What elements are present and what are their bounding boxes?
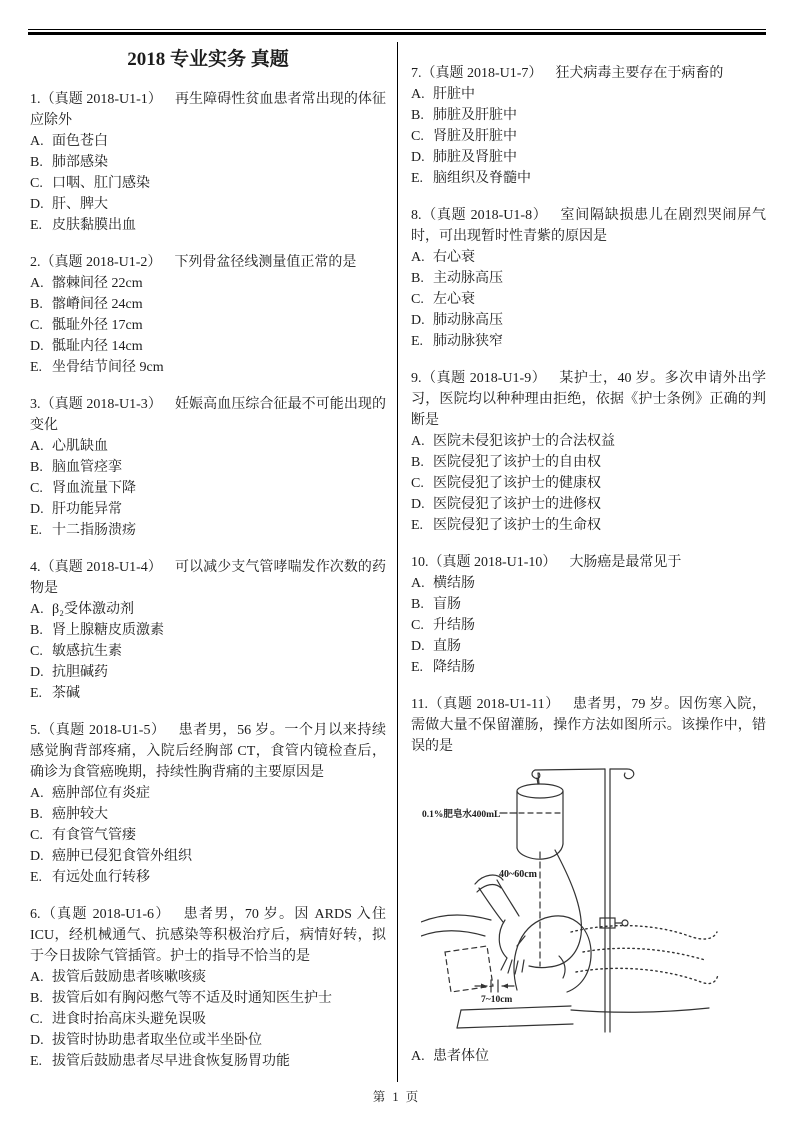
option-letter: D.: [30, 1030, 52, 1051]
option-letter: A.: [30, 783, 52, 804]
question-id: 7.（真题 2018-U1-7）: [411, 66, 542, 81]
option-row: E.十二指肠溃疡: [30, 520, 386, 541]
option-text: 癌肿部位有炎症: [52, 783, 386, 804]
option-letter: A.: [411, 1046, 433, 1067]
option-letter: E.: [411, 657, 433, 678]
option-letter: C.: [30, 478, 52, 499]
option-text: 皮肤黏膜出血: [52, 215, 386, 236]
height-annotation: 40~60cm: [499, 869, 538, 880]
option-letter: C.: [30, 173, 52, 194]
option-row: C.骶耻外径 17cm: [30, 315, 386, 336]
question-block: 3.（真题 2018-U1-3）妊娠高血压综合征最不可能出现的变化 A.心肌缺血…: [30, 394, 386, 541]
option-row: B.盲肠: [411, 594, 766, 615]
option-text: 口咽、肛门感染: [52, 173, 386, 194]
option-text: 升结肠: [433, 615, 766, 636]
option-row: D.肺动脉高压: [411, 310, 766, 331]
option-text: 拔管后鼓励患者咳嗽咳痰: [52, 967, 386, 988]
question-block: 4.（真题 2018-U1-4）可以减少支气管哮喘发作次数的药物是 A.β₂受体…: [30, 557, 386, 704]
option-row: A.癌肿部位有炎症: [30, 783, 386, 804]
option-letter: E.: [30, 683, 52, 704]
option-list: A.医院未侵犯该护士的合法权益B.医院侵犯了该护士的自由权C.医院侵犯了该护士的…: [411, 431, 766, 536]
option-row: E.皮肤黏膜出血: [30, 215, 386, 236]
option-letter: B.: [411, 594, 433, 615]
option-text: 主动脉高压: [433, 268, 766, 289]
option-list: A.患者体位: [411, 1046, 766, 1067]
question-stem: 下列骨盆径线测量值正常的是: [174, 255, 356, 270]
option-list: A.β₂受体激动剂B.肾上腺糖皮质激素C.敏感抗生素D.抗胆碱药E.茶碱: [30, 599, 386, 704]
option-letter: D.: [411, 636, 433, 657]
option-row: E.降结肠: [411, 657, 766, 678]
option-row: E.坐骨结节间径 9cm: [30, 357, 386, 378]
option-text: 癌肿较大: [52, 804, 386, 825]
option-letter: B.: [411, 452, 433, 473]
option-text: 左心衰: [433, 289, 766, 310]
option-text: 拔管后鼓励患者尽早进食恢复肠胃功能: [52, 1051, 386, 1072]
question-text: 10.（真题 2018-U1-10）大肠癌是最常见于: [411, 552, 766, 573]
patient-outline-icon: [421, 915, 718, 992]
question-text: 8.（真题 2018-U1-8）室间隔缺损患儿在剧烈哭闹屏气时，可出现暂时性青紫…: [411, 205, 766, 247]
question-id: 1.（真题 2018-U1-1）: [30, 92, 162, 107]
option-letter: D.: [30, 846, 52, 867]
option-text: 髂棘间径 22cm: [52, 273, 386, 294]
option-text: 抗胆碱药: [52, 662, 386, 683]
option-letter: E.: [30, 1051, 52, 1072]
option-letter: E.: [411, 168, 433, 189]
option-letter: B.: [30, 152, 52, 173]
option-text: 坐骨结节间径 9cm: [52, 357, 386, 378]
option-text: 癌肿已侵犯食管外组织: [52, 846, 386, 867]
question-text: 9.（真题 2018-U1-9）某护士，40 岁。多次申请外出学习，医院均以种种…: [411, 368, 766, 431]
option-row: C.左心衰: [411, 289, 766, 310]
option-letter: A.: [30, 967, 52, 988]
question-id: 2.（真题 2018-U1-2）: [30, 255, 161, 270]
option-row: B.肺脏及肝脏中: [411, 105, 766, 126]
option-row: E.医院侵犯了该护士的生命权: [411, 515, 766, 536]
question-id: 5.（真题 2018-U1-5）: [30, 723, 166, 738]
option-letter: E.: [30, 215, 52, 236]
option-letter: A.: [411, 573, 433, 594]
option-text: 右心衰: [433, 247, 766, 268]
option-letter: B.: [30, 294, 52, 315]
option-letter: D.: [411, 310, 433, 331]
option-list: A.肝脏中B.肺脏及肝脏中C.肾脏及肝脏中D.肺脏及肾脏中E.脑组织及脊髓中: [411, 84, 766, 189]
question-id: 9.（真题 2018-U1-9）: [411, 371, 546, 386]
option-text: 盲肠: [433, 594, 766, 615]
option-row: A.髂棘间径 22cm: [30, 273, 386, 294]
option-text: 医院侵犯了该护士的健康权: [433, 473, 766, 494]
option-text: 面色苍白: [52, 131, 386, 152]
option-letter: C.: [411, 289, 433, 310]
option-text: 肾血流量下降: [52, 478, 386, 499]
option-text: 医院侵犯了该护士的自由权: [433, 452, 766, 473]
option-letter: C.: [30, 1009, 52, 1030]
right-column: 7.（真题 2018-U1-7）狂犬病毒主要存在于病畜的 A.肝脏中B.肺脏及肝…: [411, 42, 766, 1083]
option-row: B.主动脉高压: [411, 268, 766, 289]
question-id: 4.（真题 2018-U1-4）: [30, 560, 162, 575]
option-letter: B.: [411, 268, 433, 289]
option-text: 进食时抬高床头避免误吸: [52, 1009, 386, 1030]
option-letter: D.: [30, 662, 52, 683]
option-letter: E.: [30, 357, 52, 378]
option-text: 拔管时协助患者取坐位或半坐卧位: [52, 1030, 386, 1051]
option-row: B.拔管后如有胸闷憋气等不适及时通知医生护士: [30, 988, 386, 1009]
option-letter: A.: [411, 247, 433, 268]
option-row: B.髂嵴间径 24cm: [30, 294, 386, 315]
option-list: A.癌肿部位有炎症B.癌肿较大C.有食管气管瘘D.癌肿已侵犯食管外组织E.有远处…: [30, 783, 386, 888]
option-list: A.拔管后鼓励患者咳嗽咳痰B.拔管后如有胸闷憋气等不适及时通知医生护士C.进食时…: [30, 967, 386, 1072]
option-row: C.口咽、肛门感染: [30, 173, 386, 194]
option-text: 肺部感染: [52, 152, 386, 173]
option-text: 患者体位: [433, 1046, 766, 1067]
question-block: 6.（真题 2018-U1-6）患者男，70 岁。因 ARDS 入住 ICU，经…: [30, 904, 386, 1072]
option-row: E.肺动脉狭窄: [411, 331, 766, 352]
option-row: D.直肠: [411, 636, 766, 657]
option-letter: D.: [30, 336, 52, 357]
question-block: 9.（真题 2018-U1-9）某护士，40 岁。多次申请外出学习，医院均以种种…: [411, 368, 766, 536]
option-text: 肝、脾大: [52, 194, 386, 215]
option-row: D.肺脏及肾脏中: [411, 147, 766, 168]
option-letter: D.: [30, 499, 52, 520]
option-row: D.抗胆碱药: [30, 662, 386, 683]
question-text: 5.（真题 2018-U1-5）患者男，56 岁。一个月以来持续感觉胸背部疼痛，…: [30, 720, 386, 783]
question-text: 4.（真题 2018-U1-4）可以减少支气管哮喘发作次数的药物是: [30, 557, 386, 599]
option-row: B.医院侵犯了该护士的自由权: [411, 452, 766, 473]
option-letter: E.: [411, 331, 433, 352]
option-text: 敏感抗生素: [52, 641, 386, 662]
option-text: 有食管气管瘘: [52, 825, 386, 846]
option-letter: A.: [30, 436, 52, 457]
option-text: 肺脏及肝脏中: [433, 105, 766, 126]
question-block: 11.（真题 2018-U1-11）患者男，79 岁。因伤寒入院，需做大量不保留…: [411, 694, 766, 1067]
option-text: 脑血管痉挛: [52, 457, 386, 478]
option-row: D.骶耻内径 14cm: [30, 336, 386, 357]
option-text: 骶耻外径 17cm: [52, 315, 386, 336]
option-row: A.心肌缺血: [30, 436, 386, 457]
header-rule: [28, 29, 766, 35]
solution-volume-label: 0.1%肥皂水400mL: [422, 808, 500, 820]
option-letter: A.: [30, 131, 52, 152]
option-list: A.面色苍白B.肺部感染C.口咽、肛门感染D.肝、脾大E.皮肤黏膜出血: [30, 131, 386, 236]
question-stem: 大肠癌是最常见于: [569, 555, 681, 570]
option-text: 有远处血行转移: [52, 867, 386, 888]
insertion-depth-annotation: 7~10cm: [481, 995, 512, 1005]
option-row: C.有食管气管瘘: [30, 825, 386, 846]
option-text: 肾脏及肝脏中: [433, 126, 766, 147]
questions-left: 1.（真题 2018-U1-1）再生障碍性贫血患者常出现的体征应除外 A.面色苍…: [30, 89, 386, 1072]
option-list: A.右心衰B.主动脉高压C.左心衰D.肺动脉高压E.肺动脉狭窄: [411, 247, 766, 352]
option-row: A.患者体位: [411, 1046, 766, 1067]
option-letter: A.: [30, 599, 52, 620]
option-text: 医院侵犯了该护士的进修权: [433, 494, 766, 515]
option-row: E.有远处血行转移: [30, 867, 386, 888]
question-id: 6.（真题 2018-U1-6）: [30, 907, 171, 922]
question-text: 1.（真题 2018-U1-1）再生障碍性贫血患者常出现的体征应除外: [30, 89, 386, 131]
option-row: D.拔管时协助患者取坐位或半坐卧位: [30, 1030, 386, 1051]
option-letter: C.: [411, 473, 433, 494]
option-letter: D.: [411, 494, 433, 515]
page-title: 2018 专业实务 真题: [30, 48, 386, 72]
option-letter: A.: [30, 273, 52, 294]
option-row: B.癌肿较大: [30, 804, 386, 825]
page-number: 第 1 页: [0, 1087, 793, 1105]
option-text: 横结肠: [433, 573, 766, 594]
option-text: 茶碱: [52, 683, 386, 704]
option-text: 肝功能异常: [52, 499, 386, 520]
question-text: 7.（真题 2018-U1-7）狂犬病毒主要存在于病畜的: [411, 63, 766, 84]
question-id: 11.（真题 2018-U1-11）: [411, 697, 560, 712]
enema-procedure-figure: 0.1%肥皂水400mL 40~60cm: [421, 760, 766, 1038]
option-text: 医院未侵犯该护士的合法权益: [433, 431, 766, 452]
question-block: 10.（真题 2018-U1-10）大肠癌是最常见于 A.横结肠B.盲肠C.升结…: [411, 552, 766, 678]
option-row: A.β₂受体激动剂: [30, 599, 386, 620]
option-text: 十二指肠溃疡: [52, 520, 386, 541]
option-row: D.癌肿已侵犯食管外组织: [30, 846, 386, 867]
option-letter: A.: [411, 431, 433, 452]
option-letter: C.: [30, 641, 52, 662]
option-row: D.肝功能异常: [30, 499, 386, 520]
nurse-hand-icon: [475, 875, 525, 974]
question-block: 2.（真题 2018-U1-2）下列骨盆径线测量值正常的是 A.髂棘间径 22c…: [30, 252, 386, 378]
question-id: 10.（真题 2018-U1-10）: [411, 555, 556, 570]
option-list: A.髂棘间径 22cmB.髂嵴间径 24cmC.骶耻外径 17cmD.骶耻内径 …: [30, 273, 386, 378]
exam-page: 2018 专业实务 真题 1.（真题 2018-U1-1）再生障碍性贫血患者常出…: [0, 0, 793, 1122]
question-text: 11.（真题 2018-U1-11）患者男，79 岁。因伤寒入院，需做大量不保留…: [411, 694, 766, 757]
iv-pole-icon: [532, 769, 634, 1032]
option-letter: B.: [30, 804, 52, 825]
option-letter: E.: [30, 520, 52, 541]
option-row: C.敏感抗生素: [30, 641, 386, 662]
option-text: 肺动脉狭窄: [433, 331, 766, 352]
question-stem: 狂犬病毒主要存在于病畜的: [555, 66, 723, 81]
option-text: 直肠: [433, 636, 766, 657]
option-row: B.肾上腺糖皮质激素: [30, 620, 386, 641]
option-row: E.拔管后鼓励患者尽早进食恢复肠胃功能: [30, 1051, 386, 1072]
option-row: C.医院侵犯了该护士的健康权: [411, 473, 766, 494]
option-letter: B.: [30, 620, 52, 641]
option-row: C.升结肠: [411, 615, 766, 636]
option-row: D.肝、脾大: [30, 194, 386, 215]
option-text: 肺脏及肾脏中: [433, 147, 766, 168]
option-row: B.肺部感染: [30, 152, 386, 173]
option-letter: C.: [30, 315, 52, 336]
question-text: 6.（真题 2018-U1-6）患者男，70 岁。因 ARDS 入住 ICU，经…: [30, 904, 386, 967]
option-row: A.肝脏中: [411, 84, 766, 105]
option-text: 肺动脉高压: [433, 310, 766, 331]
left-column: 2018 专业实务 真题 1.（真题 2018-U1-1）再生障碍性贫血患者常出…: [30, 42, 386, 1088]
option-letter: C.: [30, 825, 52, 846]
questions-right: 7.（真题 2018-U1-7）狂犬病毒主要存在于病畜的 A.肝脏中B.肺脏及肝…: [411, 63, 766, 1067]
question-text: 2.（真题 2018-U1-2）下列骨盆径线测量值正常的是: [30, 252, 386, 273]
question-block: 5.（真题 2018-U1-5）患者男，56 岁。一个月以来持续感觉胸背部疼痛，…: [30, 720, 386, 888]
option-text: 脑组织及脊髓中: [433, 168, 766, 189]
option-letter: E.: [411, 515, 433, 536]
question-block: 1.（真题 2018-U1-1）再生障碍性贫血患者常出现的体征应除外 A.面色苍…: [30, 89, 386, 236]
option-row: A.面色苍白: [30, 131, 386, 152]
question-block: 7.（真题 2018-U1-7）狂犬病毒主要存在于病畜的 A.肝脏中B.肺脏及肝…: [411, 63, 766, 189]
option-letter: C.: [411, 126, 433, 147]
option-text: 心肌缺血: [52, 436, 386, 457]
option-row: D.医院侵犯了该护士的进修权: [411, 494, 766, 515]
column-divider: [397, 42, 398, 1082]
option-letter: A.: [411, 84, 433, 105]
question-text: 3.（真题 2018-U1-3）妊娠高血压综合征最不可能出现的变化: [30, 394, 386, 436]
option-letter: C.: [411, 615, 433, 636]
option-list: A.心肌缺血B.脑血管痉挛C.肾血流量下降D.肝功能异常E.十二指肠溃疡: [30, 436, 386, 541]
option-text: 肝脏中: [433, 84, 766, 105]
bed-icon: [457, 1006, 709, 1028]
option-row: B.脑血管痉挛: [30, 457, 386, 478]
option-letter: D.: [411, 147, 433, 168]
option-list: A.横结肠B.盲肠C.升结肠D.直肠E.降结肠: [411, 573, 766, 678]
option-row: A.横结肠: [411, 573, 766, 594]
question-id: 8.（真题 2018-U1-8）: [411, 208, 548, 223]
option-text: 医院侵犯了该护士的生命权: [433, 515, 766, 536]
option-text: 骶耻内径 14cm: [52, 336, 386, 357]
option-text: 拔管后如有胸闷憋气等不适及时通知医生护士: [52, 988, 386, 1009]
option-text: 肾上腺糖皮质激素: [52, 620, 386, 641]
option-row: A.医院未侵犯该护士的合法权益: [411, 431, 766, 452]
option-row: A.右心衰: [411, 247, 766, 268]
option-row: A.拔管后鼓励患者咳嗽咳痰: [30, 967, 386, 988]
tubing-icon: [529, 850, 581, 968]
option-row: C.肾血流量下降: [30, 478, 386, 499]
option-row: C.肾脏及肝脏中: [411, 126, 766, 147]
option-text: 髂嵴间径 24cm: [52, 294, 386, 315]
option-row: E.脑组织及脊髓中: [411, 168, 766, 189]
option-letter: D.: [30, 194, 52, 215]
question-id: 3.（真题 2018-U1-3）: [30, 397, 162, 412]
option-row: E.茶碱: [30, 683, 386, 704]
question-block: 8.（真题 2018-U1-8）室间隔缺损患儿在剧烈哭闹屏气时，可出现暂时性青紫…: [411, 205, 766, 352]
option-letter: E.: [30, 867, 52, 888]
enema-can-icon: [517, 773, 563, 859]
option-letter: B.: [411, 105, 433, 126]
option-letter: B.: [30, 457, 52, 478]
option-text: β₂受体激动剂: [52, 599, 386, 620]
option-letter: B.: [30, 988, 52, 1009]
option-row: C.进食时抬高床头避免误吸: [30, 1009, 386, 1030]
option-text: 降结肠: [433, 657, 766, 678]
insertion-depth-annotation-marks: [475, 980, 514, 992]
